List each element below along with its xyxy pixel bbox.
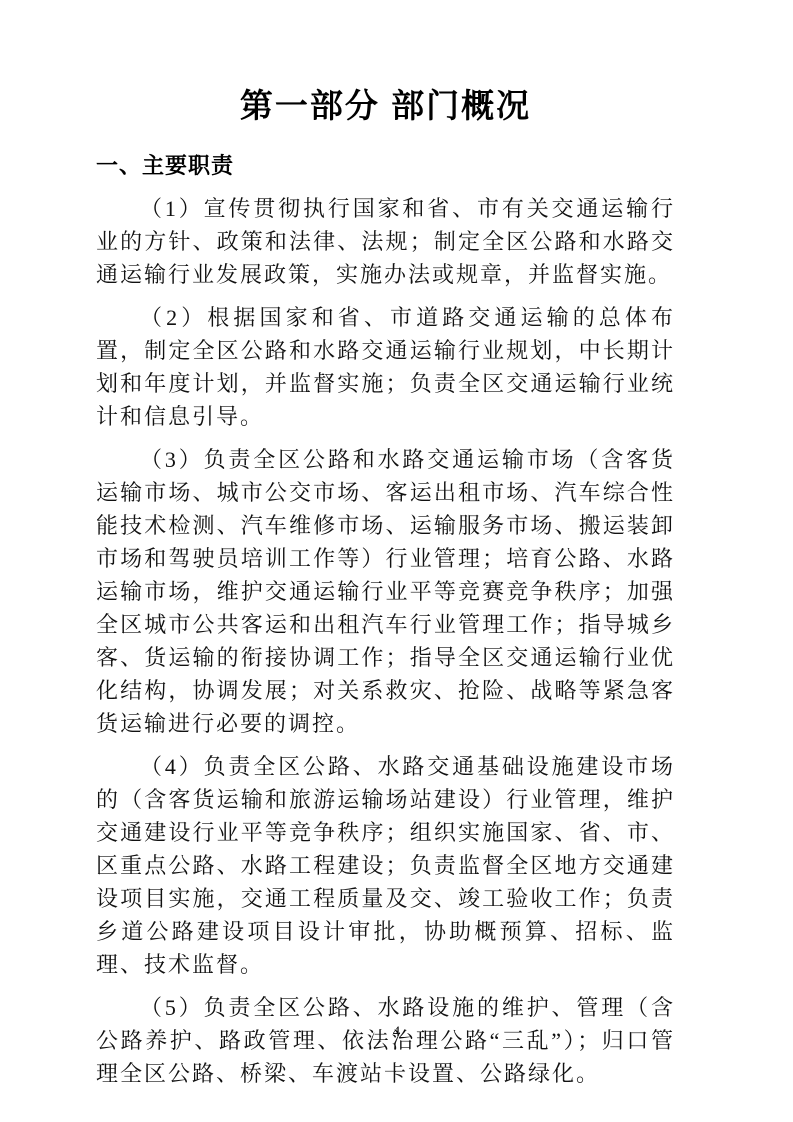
body-paragraph: （4）负责全区公路、水路交通基础设施建设市场的（含客货运输和旅游运输场站建设）行…	[96, 750, 675, 981]
section-body: （1）宣传贯彻执行国家和省、市有关交通运输行业的方针、政策和法律、法规；制定全区…	[96, 192, 675, 1090]
document-title: 第一部分 部门概况	[96, 88, 675, 124]
body-paragraph: （1）宣传贯彻执行国家和省、市有关交通运输行业的方针、政策和法律、法规；制定全区…	[96, 192, 675, 291]
body-paragraph: （2）根据国家和省、市道路交通运输的总体布置，制定全区公路和水路交通运输行业规划…	[96, 301, 675, 433]
body-paragraph: （3）负责全区公路和水路交通运输市场（含客货运输市场、城市公交市场、客运出租市场…	[96, 443, 675, 740]
section-heading: 一、主要职责	[96, 154, 675, 178]
page-number: 4	[0, 1024, 793, 1041]
document-page: 第一部分 部门概况 一、主要职责 （1）宣传贯彻执行国家和省、市有关交通运输行业…	[0, 0, 793, 1122]
